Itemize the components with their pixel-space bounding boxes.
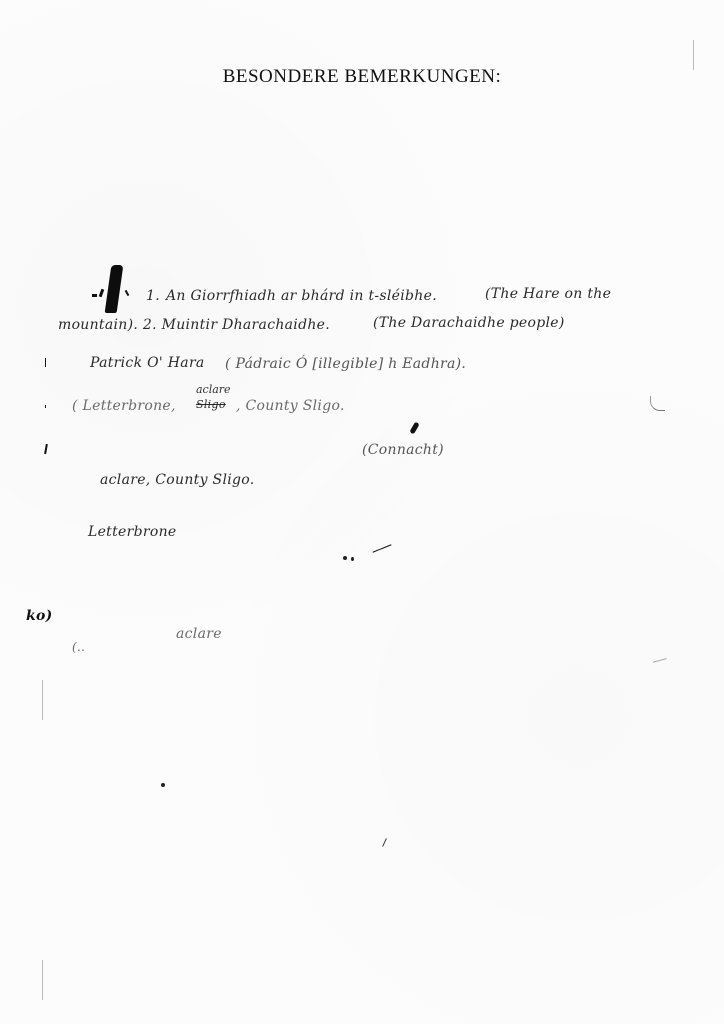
faint-bracket: (.. [72,640,85,654]
pen-stroke [373,544,392,552]
address-rest: , County Sligo. [236,398,345,414]
page-heading: BESONDERE BEMERKUNGEN: [0,66,724,88]
story-title-irish-2: mountain). 2. Muintir Dharachaidhe. [58,317,330,333]
story-title-english-1: (The Hare on the [485,286,611,302]
address-open: ( Letterbrone, [72,398,176,414]
margin-scribble [651,652,666,662]
village-address: aclare, County Sligo. [100,472,255,488]
faint-village-name: aclare [176,626,222,642]
story-title-english-2: (The Darachaidhe people) [373,315,565,331]
document-page: BESONDERE BEMERKUNGEN: 1. An Giorrfhiadh… [0,0,724,1024]
pen-stroke [382,838,387,847]
ink-speck [343,556,347,560]
ink-speck [161,783,165,787]
scan-artifact [42,680,43,720]
ink-blot [409,422,419,435]
cut-off-text: ko) [26,608,53,624]
story-title-irish-1: An Giorrfhiadh ar bhárd in t-sléibhe. [166,288,437,304]
margin-tick [45,358,46,367]
ink-mark [99,289,105,298]
inserted-word: aclare [196,383,231,396]
margin-scribble [650,396,665,411]
ink-speck [351,557,354,561]
margin-tick [45,405,46,408]
struck-word: Sligo [196,398,226,411]
narrator-name: Patrick O' Hara [90,355,205,371]
item-number-1: 1. [146,288,160,304]
province-label: (Connacht) [362,442,444,458]
scan-artifact [42,960,43,1000]
townland-name: Letterbrone [88,524,177,540]
margin-tick [44,444,48,454]
margin-numeral-mark [105,265,124,313]
ink-dash [92,294,97,297]
ink-mark [125,290,130,296]
narrator-name-irish: ( Pádraic Ó [illegible] h Eadhra). [225,356,466,372]
